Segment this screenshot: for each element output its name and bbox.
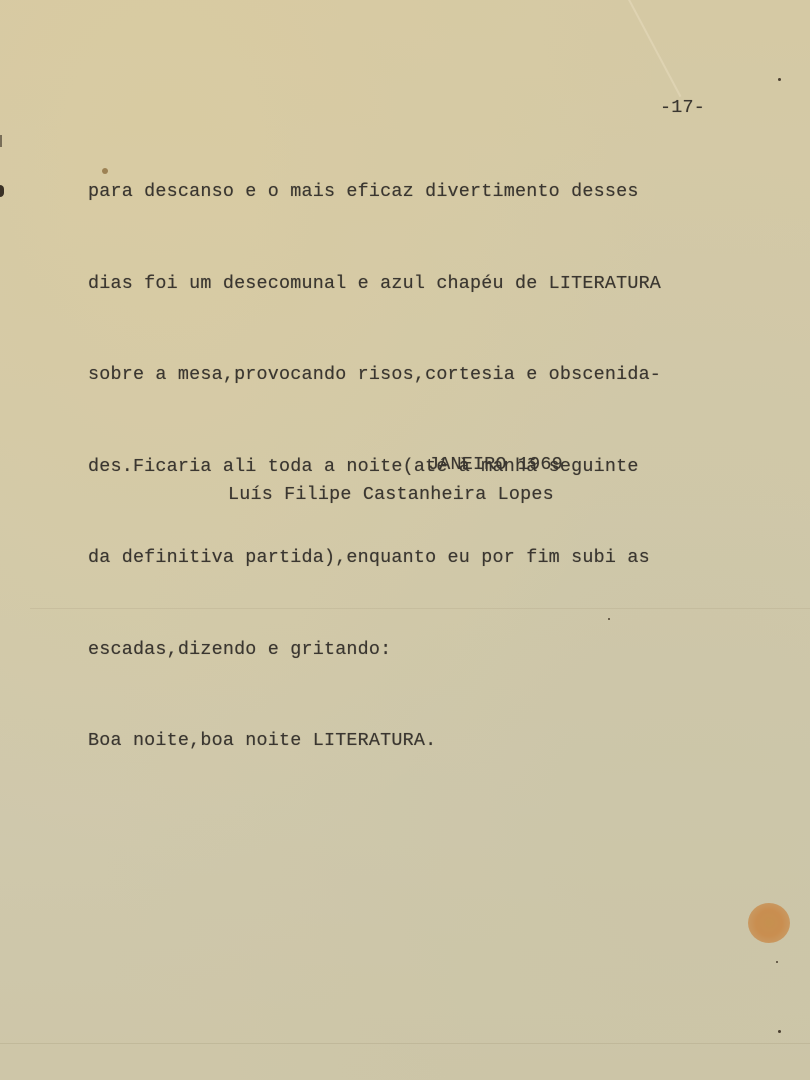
text-line: sobre a mesa,provocando risos,cortesia e… (88, 360, 661, 391)
date-line: JANEIRO 1969 (428, 454, 563, 475)
dust-speck (778, 78, 781, 81)
text-line: escadas,dizendo e gritando: (88, 635, 661, 666)
scanned-page: -17- para descanso e o mais eficaz diver… (0, 0, 810, 1080)
dust-speck (778, 1030, 781, 1033)
paper-crease (628, 0, 681, 97)
binding-hole-mark (0, 135, 2, 147)
text-line: dias foi um desecomunal e azul chapéu de… (88, 269, 661, 300)
body-text: para descanso e o mais eficaz divertimen… (88, 116, 661, 818)
author-signature: Luís Filipe Castanheira Lopes (228, 484, 554, 505)
dust-speck (776, 961, 778, 963)
text-line: para descanso e o mais eficaz divertimen… (88, 177, 661, 208)
paper-fold-line (0, 1043, 810, 1044)
binding-hole-mark (0, 185, 4, 197)
page-number: -17- (660, 97, 705, 118)
text-line: da definitiva partida),enquanto eu por f… (88, 543, 661, 574)
rust-stain (748, 903, 790, 943)
text-line: Boa noite,boa noite LITERATURA. (88, 726, 661, 757)
dust-speck (608, 618, 610, 620)
text-line: des.Ficaria ali toda a noite(até à manhã… (88, 452, 661, 483)
ink-blot (102, 168, 108, 174)
